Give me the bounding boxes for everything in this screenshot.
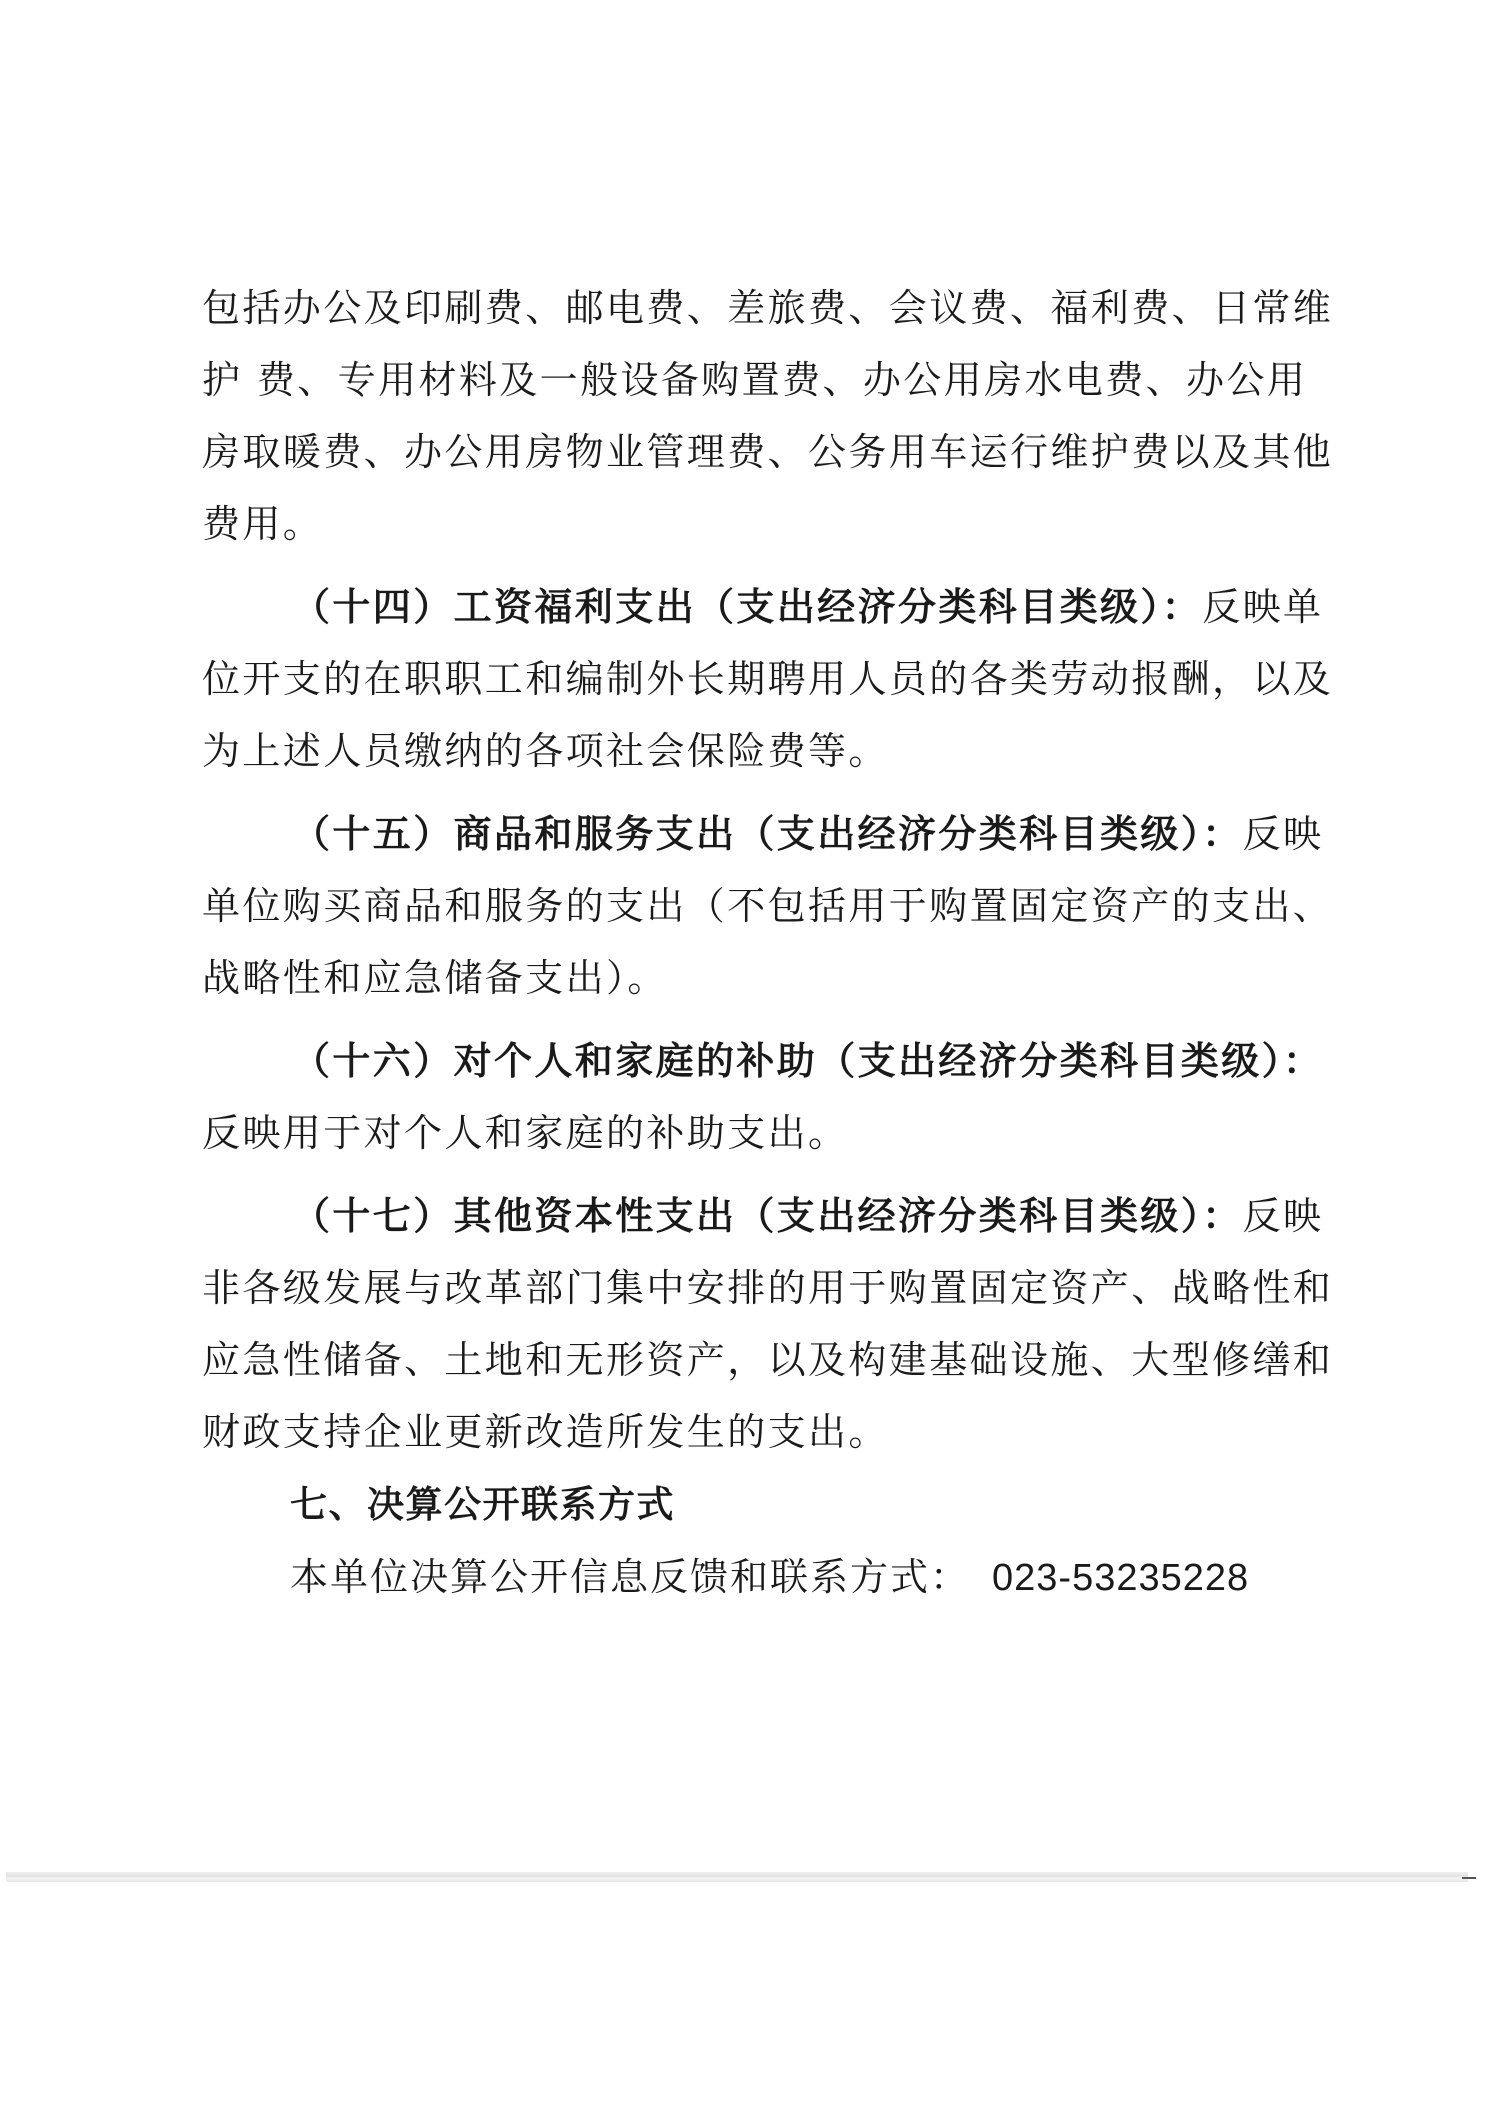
scan-edge-divider: [6, 1872, 1468, 1882]
item-14-first-line: （十四）工资福利支出（支出经济分类科目类级）：反映单: [292, 585, 1302, 629]
paragraph-line: 战略性和应急储备支出）。: [202, 956, 1302, 1000]
paragraph-line: 费用。: [202, 502, 1302, 546]
item-15-first-line: （十五）商品和服务支出（支出经济分类科目类级）：反映: [292, 812, 1302, 856]
paragraph-line: 反映用于对个人和家庭的补助支出。: [202, 1111, 1302, 1155]
paragraph-line: 护 费、专用材料及一般设备购置费、办公用房水电费、办公用: [202, 358, 1302, 402]
paragraph-line: 应急性储备、土地和无形资产，以及构建基础设施、大型修缮和: [202, 1338, 1302, 1382]
item-14-title: 工资福利支出（支出经济分类科目类级）：: [454, 585, 1203, 629]
item-16-first-line: （十六）对个人和家庭的补助（支出经济分类科目类级）：: [292, 1039, 1302, 1083]
item-17-text: 反映: [1243, 1194, 1324, 1238]
paragraph-line: 非各级发展与改革部门集中安排的用于购置固定资产、战略性和: [202, 1266, 1302, 1310]
item-14-text: 反映单: [1202, 585, 1323, 629]
paragraph-line: 单位购买商品和服务的支出（不包括用于购置固定资产的支出、: [202, 884, 1302, 928]
paragraph-line: 为上述人员缴纳的各项社会保险费等。: [202, 729, 1302, 773]
scan-edge-mark: [1462, 1877, 1476, 1879]
item-15-label: （十五）: [292, 812, 454, 856]
item-14-label: （十四）: [292, 585, 454, 629]
contact-phone: 023-53235228: [992, 1557, 1249, 1599]
section-heading: 七、决算公开联系方式: [290, 1483, 790, 1527]
item-15-title: 商品和服务支出（支出经济分类科目类级）：: [454, 812, 1243, 856]
paragraph-line: 财政支持企业更新改造所发生的支出。: [202, 1410, 1302, 1454]
paragraph-line: 包括办公及印刷费、邮电费、差旅费、会议费、福利费、日常维: [202, 286, 1302, 330]
contact-line: 本单位决算公开信息反馈和联系方式：023-53235228: [290, 1555, 1240, 1599]
item-17-title: 其他资本性支出（支出经济分类科目类级）：: [454, 1194, 1243, 1238]
item-15-text: 反映: [1243, 812, 1324, 856]
item-17-first-line: （十七）其他资本性支出（支出经济分类科目类级）：反映: [292, 1194, 1302, 1238]
item-17-label: （十七）: [292, 1194, 454, 1238]
item-16-title: 对个人和家庭的补助（支出经济分类科目类级）：: [454, 1039, 1324, 1083]
item-16-label: （十六）: [292, 1039, 454, 1083]
paragraph-line: 位开支的在职职工和编制外长期聘用人员的各类劳动报酬，以及: [202, 657, 1302, 701]
paragraph-line: 房取暖费、办公用房物业管理费、公务用车运行维护费以及其他: [202, 430, 1302, 474]
contact-label: 本单位决算公开信息反馈和联系方式：: [290, 1555, 970, 1599]
document-page: 包括办公及印刷费、邮电费、差旅费、会议费、福利费、日常维 护 费、专用材料及一般…: [0, 0, 1487, 2102]
